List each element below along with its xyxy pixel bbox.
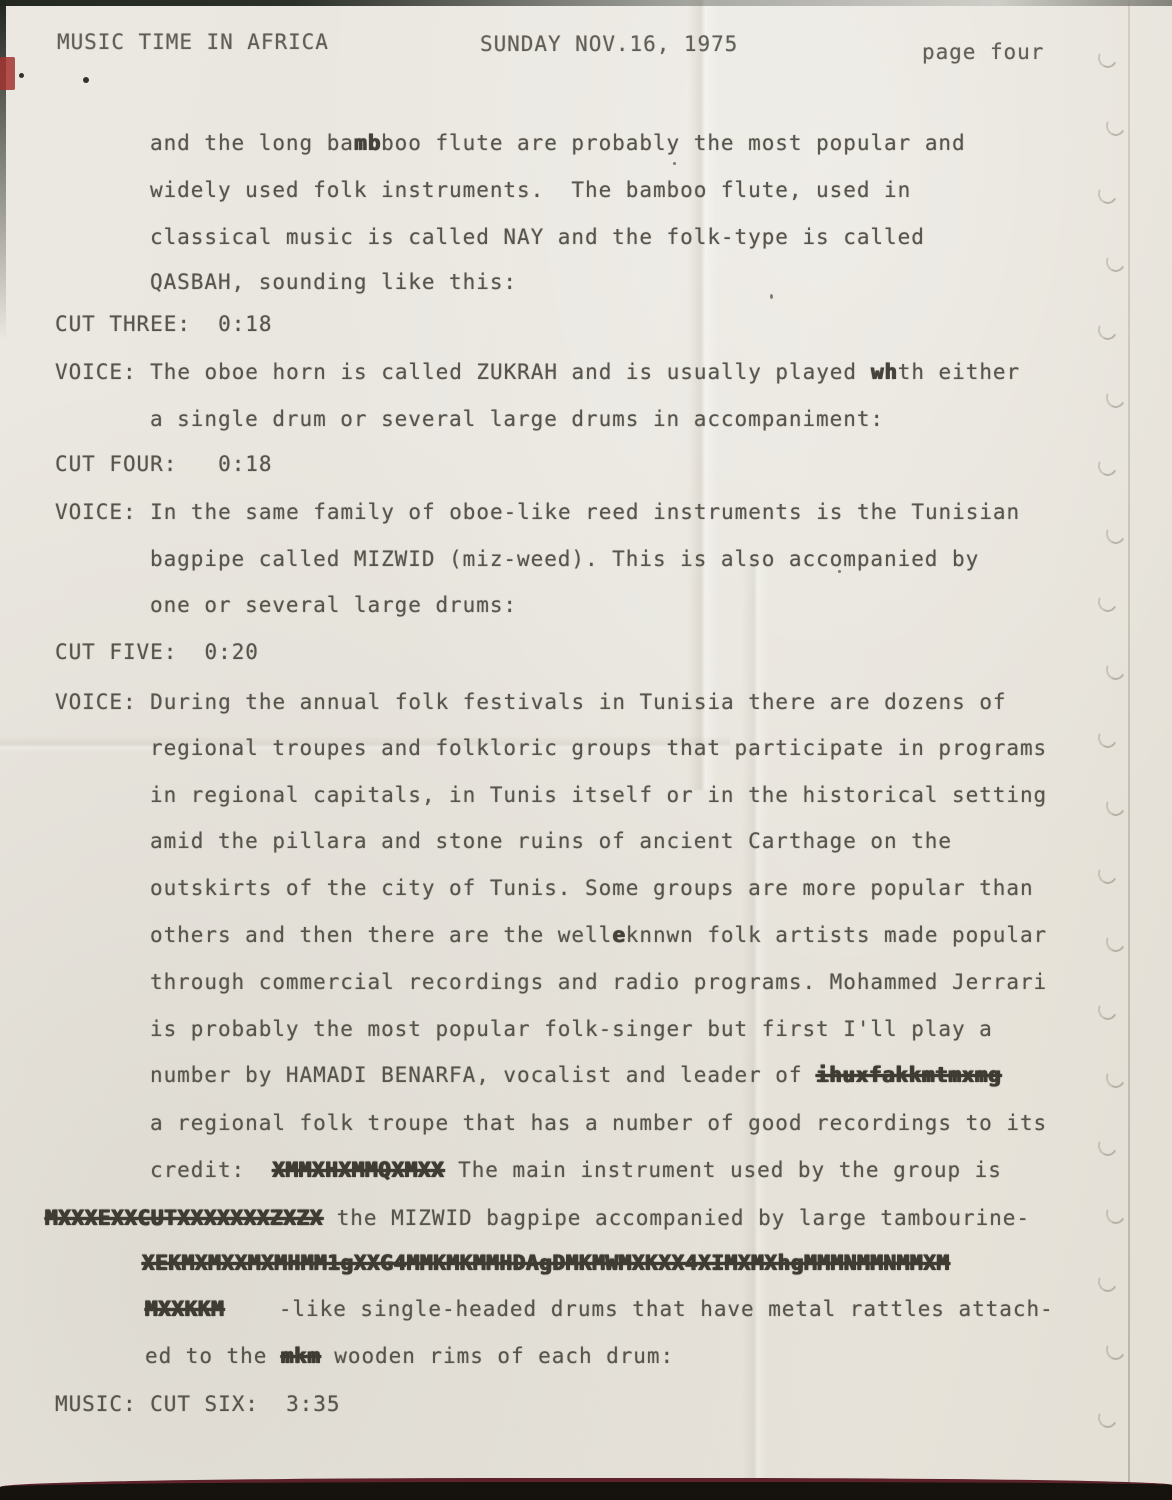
script-text: classical music is called NAY and the fo… <box>150 225 925 249</box>
binder-crescent-mark <box>1103 114 1127 139</box>
script-text: a regional folk troupe that has a number… <box>150 1111 1047 1135</box>
header-date: SUNDAY NOV.16, 1975 <box>480 32 738 56</box>
script-text: in regional capitals, in Tunis itself or… <box>150 783 1047 807</box>
binder-crescent-mark <box>1103 386 1127 411</box>
binder-crescent-mark <box>1103 1066 1127 1091</box>
script-line: CUT FOUR: 0:18 <box>55 452 273 476</box>
struck-out-text: mkm <box>281 1344 321 1368</box>
script-text: QASBAH, sounding like this: <box>150 270 517 294</box>
script-text: a single drum or several large drums in … <box>150 407 884 431</box>
script-line: VOICE: During the annual folk festivals … <box>55 690 1007 714</box>
struck-out-text: XMMXHXMMQXMXX <box>272 1158 444 1182</box>
scan-bottom-edge <box>0 1478 1172 1500</box>
script-text: wooden rims of each drum: <box>321 1344 674 1368</box>
script-text: The main instrument used by the group is <box>445 1158 1002 1182</box>
scan-left-edge <box>0 0 6 340</box>
script-line: widely used folk instruments. The bamboo… <box>150 178 911 202</box>
script-line: number by HAMADI BENARFA, vocalist and l… <box>150 1063 1001 1087</box>
ink-speck <box>673 162 676 165</box>
binder-crescent-mark <box>1095 862 1119 887</box>
script-text: the MIZWID bagpipe accompanied by large … <box>323 1206 1030 1230</box>
script-text: others and then there are the well <box>150 923 612 947</box>
script-line: CUT THREE: 0:18 <box>55 312 273 336</box>
script-line: regional troupes and folkloric groups th… <box>150 736 1047 760</box>
scanned-page: MUSIC TIME IN AFRICA SUNDAY NOV.16, 1975… <box>0 0 1172 1500</box>
script-text: CUT FOUR: 0:18 <box>55 452 273 476</box>
binder-crescent-mark <box>1103 658 1127 683</box>
binder-crescent-mark <box>1103 1338 1127 1363</box>
page-right-edge <box>1128 0 1130 1500</box>
script-text: and the long ba <box>150 131 354 155</box>
script-text: boo flute are probably the most popular … <box>381 131 966 155</box>
struck-out-text: ihuxfakkmtmxmg <box>816 1063 1001 1087</box>
script-text: VOICE: The oboe horn is called ZUKRAH an… <box>55 360 871 384</box>
script-line: MXXKKM -like single-headed drums that ha… <box>145 1297 1054 1321</box>
script-line: bagpipe called MIZWID (miz-weed). This i… <box>150 547 979 571</box>
binder-crescent-mark <box>1103 250 1127 275</box>
script-line: others and then there are the welleknnwn… <box>150 923 1047 947</box>
script-text: one or several large drums: <box>150 593 517 617</box>
binder-crescent-mark <box>1095 1406 1119 1431</box>
script-text: ed to the <box>145 1344 281 1368</box>
script-text: regional troupes and folkloric groups th… <box>150 736 1047 760</box>
binder-crescent-mark <box>1095 998 1119 1023</box>
script-line: a single drum or several large drums in … <box>150 407 884 431</box>
script-line: ed to the mkm wooden rims of each drum: <box>145 1344 674 1368</box>
script-line: one or several large drums: <box>150 593 517 617</box>
script-line: MUSIC: CUT SIX: 3:35 <box>55 1392 340 1416</box>
script-line: in regional capitals, in Tunis itself or… <box>150 783 1047 807</box>
script-line: VOICE: The oboe horn is called ZUKRAH an… <box>55 360 1020 384</box>
script-line: amid the pillara and stone ruins of anci… <box>150 829 952 853</box>
staple-hole <box>83 77 89 83</box>
script-line: MXXXEXXCUTXXXXXXXZXZX the MIZWID bagpipe… <box>45 1206 1030 1230</box>
header-page-number: page four <box>922 40 1044 64</box>
script-text: th either <box>898 360 1020 384</box>
script-text: widely used folk instruments. The bamboo… <box>150 178 911 202</box>
struck-out-text: MXXKKM <box>145 1297 224 1321</box>
script-line: outskirts of the city of Tunis. Some gro… <box>150 876 1034 900</box>
binder-crescent-mark <box>1095 1134 1119 1159</box>
script-text: is probably the most popular folk-singer… <box>150 1017 993 1041</box>
script-text: MUSIC: CUT SIX: 3:35 <box>55 1392 340 1416</box>
header-title: MUSIC TIME IN AFRICA <box>57 30 329 54</box>
paper-fold-crease <box>688 0 718 790</box>
binder-crescent-mark <box>1095 182 1119 207</box>
staple-hole <box>19 73 24 78</box>
ink-speck <box>838 570 841 573</box>
script-text: e <box>612 923 626 947</box>
binder-crescent-mark <box>1095 590 1119 615</box>
binder-crescent-mark <box>1103 1202 1127 1227</box>
ink-speck <box>770 294 773 299</box>
script-text: knnwn folk artists made popular <box>626 923 1047 947</box>
script-text: VOICE: During the annual folk festivals … <box>55 690 1007 714</box>
script-line: QASBAH, sounding like this: <box>150 270 517 294</box>
scan-top-edge <box>0 0 1172 6</box>
script-line: is probably the most popular folk-singer… <box>150 1017 993 1041</box>
script-line: CUT FIVE: 0:20 <box>55 640 259 664</box>
script-line: credit: XMMXHXMMQXMXX The main instrumen… <box>150 1158 1002 1182</box>
script-text: number by HAMADI BENARFA, vocalist and l… <box>150 1063 816 1087</box>
script-text: bagpipe called MIZWID (miz-weed). This i… <box>150 547 979 571</box>
binder-crescent-mark <box>1103 522 1127 547</box>
script-text: amid the pillara and stone ruins of anci… <box>150 829 952 853</box>
red-edge-mark <box>0 57 15 90</box>
script-text: mb <box>354 131 381 155</box>
script-text: -like single-headed drums that have meta… <box>224 1297 1053 1321</box>
script-line: VOICE: In the same family of oboe-like r… <box>55 500 1020 524</box>
script-text: CUT FIVE: 0:20 <box>55 640 259 664</box>
script-line: and the long bambboo flute are probably … <box>150 131 966 155</box>
struck-out-text: MXXXEXXCUTXXXXXXXZXZX <box>45 1206 323 1230</box>
script-line: XEKMXMXXMXMHMM1gXXG4MMKMKMMHDAgDMKMWMXKX… <box>142 1251 950 1275</box>
script-text: credit: <box>150 1158 272 1182</box>
binder-crescent-mark <box>1103 930 1127 955</box>
struck-out-text: XEKMXMXXMXMHMM1gXXG4MMKMKMMHDAgDMKMWMXKX… <box>142 1251 950 1275</box>
script-line: classical music is called NAY and the fo… <box>150 225 925 249</box>
script-text: through commercial recordings and radio … <box>150 970 1047 994</box>
script-text: outskirts of the city of Tunis. Some gro… <box>150 876 1034 900</box>
script-line: through commercial recordings and radio … <box>150 970 1047 994</box>
binder-crescent-mark <box>1095 726 1119 751</box>
binder-crescent-mark <box>1095 1270 1119 1295</box>
script-line: a regional folk troupe that has a number… <box>150 1111 1047 1135</box>
binder-crescent-mark <box>1103 794 1127 819</box>
binder-crescent-mark <box>1095 46 1119 71</box>
script-text: CUT THREE: 0:18 <box>55 312 273 336</box>
binder-crescent-mark <box>1095 318 1119 343</box>
script-text: VOICE: In the same family of oboe-like r… <box>55 500 1020 524</box>
script-text: wh <box>871 360 898 384</box>
binder-crescent-mark <box>1095 454 1119 479</box>
